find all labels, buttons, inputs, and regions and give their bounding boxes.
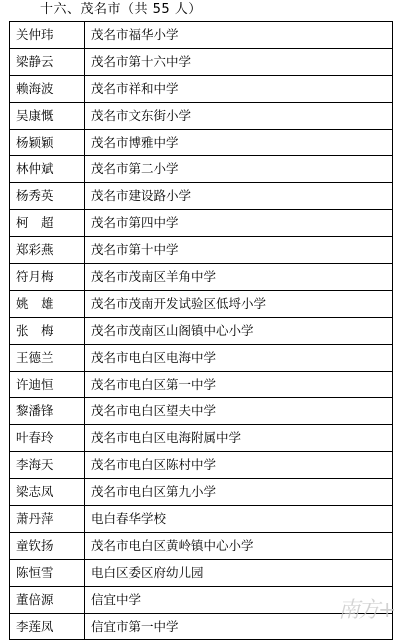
school-name-cell: 电白春华学校 [85,506,393,533]
teacher-name-cell: 赖海波 [10,75,85,102]
school-name-cell: 茂名市电白区电海中学 [85,344,393,371]
roster-body: 关仲玮茂名市福华小学梁静云茂名市第十六中学赖海波茂名市祥和中学吴康慨茂名市文东街… [10,22,393,640]
table-row: 赖海波茂名市祥和中学 [10,75,393,102]
teacher-name-cell: 李莲凤 [10,613,85,640]
teacher-name-cell: 梁志凤 [10,479,85,506]
school-name-cell: 茂名市文东街小学 [85,102,393,129]
table-row: 姚 雄茂名市茂南开发试验区低埒小学 [10,290,393,317]
teacher-name-cell: 杨秀英 [10,183,85,210]
table-row: 吴康慨茂名市文东街小学 [10,102,393,129]
teacher-name-cell: 许迪恒 [10,371,85,398]
table-row: 梁静云茂名市第十六中学 [10,48,393,75]
teacher-name-cell: 李海天 [10,452,85,479]
school-name-cell: 茂名市电白区电海附属中学 [85,425,393,452]
table-row: 杨颖颖茂名市博雅中学 [10,129,393,156]
school-name-cell: 茂名市电白区黄岭镇中心小学 [85,532,393,559]
table-row: 叶春玲茂名市电白区电海附属中学 [10,425,393,452]
school-name-cell: 茂名市福华小学 [85,22,393,49]
teacher-name-cell: 柯 超 [10,210,85,237]
teacher-name-cell: 黎潘锋 [10,398,85,425]
table-row: 梁志凤茂名市电白区第九小学 [10,479,393,506]
school-name-cell: 茂名市第十中学 [85,237,393,264]
teacher-name-cell: 萧丹萍 [10,506,85,533]
table-row: 柯 超茂名市第四中学 [10,210,393,237]
teacher-name-cell: 郑彩燕 [10,237,85,264]
teacher-roster-table: 关仲玮茂名市福华小学梁静云茂名市第十六中学赖海波茂名市祥和中学吴康慨茂名市文东街… [9,21,393,640]
table-row: 黎潘锋茂名市电白区望夫中学 [10,398,393,425]
school-name-cell: 茂名市第二小学 [85,156,393,183]
school-name-cell: 茂名市第四中学 [85,210,393,237]
teacher-name-cell: 林仲斌 [10,156,85,183]
watermark-logo: 南方+ [338,593,394,624]
teacher-name-cell: 梁静云 [10,48,85,75]
teacher-name-cell: 关仲玮 [10,22,85,49]
school-name-cell: 茂名市第十六中学 [85,48,393,75]
teacher-name-cell: 叶春玲 [10,425,85,452]
teacher-name-cell: 董倍源 [10,586,85,613]
teacher-name-cell: 杨颖颖 [10,129,85,156]
table-row: 陈恒雪电白区委区府幼儿园 [10,559,393,586]
teacher-name-cell: 姚 雄 [10,290,85,317]
table-row: 张 梅茂名市茂南区山阁镇中心小学 [10,317,393,344]
table-row: 董倍源信宜中学 [10,586,393,613]
table-row: 许迪恒茂名市电白区第一中学 [10,371,393,398]
table-row: 杨秀英茂名市建设路小学 [10,183,393,210]
teacher-name-cell: 符月梅 [10,264,85,291]
table-row: 郑彩燕茂名市第十中学 [10,237,393,264]
school-name-cell: 茂名市电白区陈村中学 [85,452,393,479]
table-row: 王德兰茂名市电白区电海中学 [10,344,393,371]
school-name-cell: 茂名市茂南区山阁镇中心小学 [85,317,393,344]
school-name-cell: 茂名市建设路小学 [85,183,393,210]
table-row: 童钦扬茂名市电白区黄岭镇中心小学 [10,532,393,559]
school-name-cell: 茂名市电白区第九小学 [85,479,393,506]
table-row: 李海天茂名市电白区陈村中学 [10,452,393,479]
school-name-cell: 茂名市博雅中学 [85,129,393,156]
school-name-cell: 茂名市茂南区羊角中学 [85,264,393,291]
table-row: 李莲凤信宜市第一中学 [10,613,393,640]
teacher-name-cell: 张 梅 [10,317,85,344]
teacher-name-cell: 王德兰 [10,344,85,371]
table-row: 符月梅茂名市茂南区羊角中学 [10,264,393,291]
section-title: 十六、茂名市（共 55 人） [40,2,202,18]
teacher-name-cell: 吴康慨 [10,102,85,129]
school-name-cell: 茂名市茂南开发试验区低埒小学 [85,290,393,317]
school-name-cell: 电白区委区府幼儿园 [85,559,393,586]
school-name-cell: 茂名市电白区望夫中学 [85,398,393,425]
table-row: 关仲玮茂名市福华小学 [10,22,393,49]
table-row: 林仲斌茂名市第二小学 [10,156,393,183]
table-row: 萧丹萍电白春华学校 [10,506,393,533]
teacher-name-cell: 童钦扬 [10,532,85,559]
school-name-cell: 茂名市电白区第一中学 [85,371,393,398]
school-name-cell: 茂名市祥和中学 [85,75,393,102]
teacher-name-cell: 陈恒雪 [10,559,85,586]
